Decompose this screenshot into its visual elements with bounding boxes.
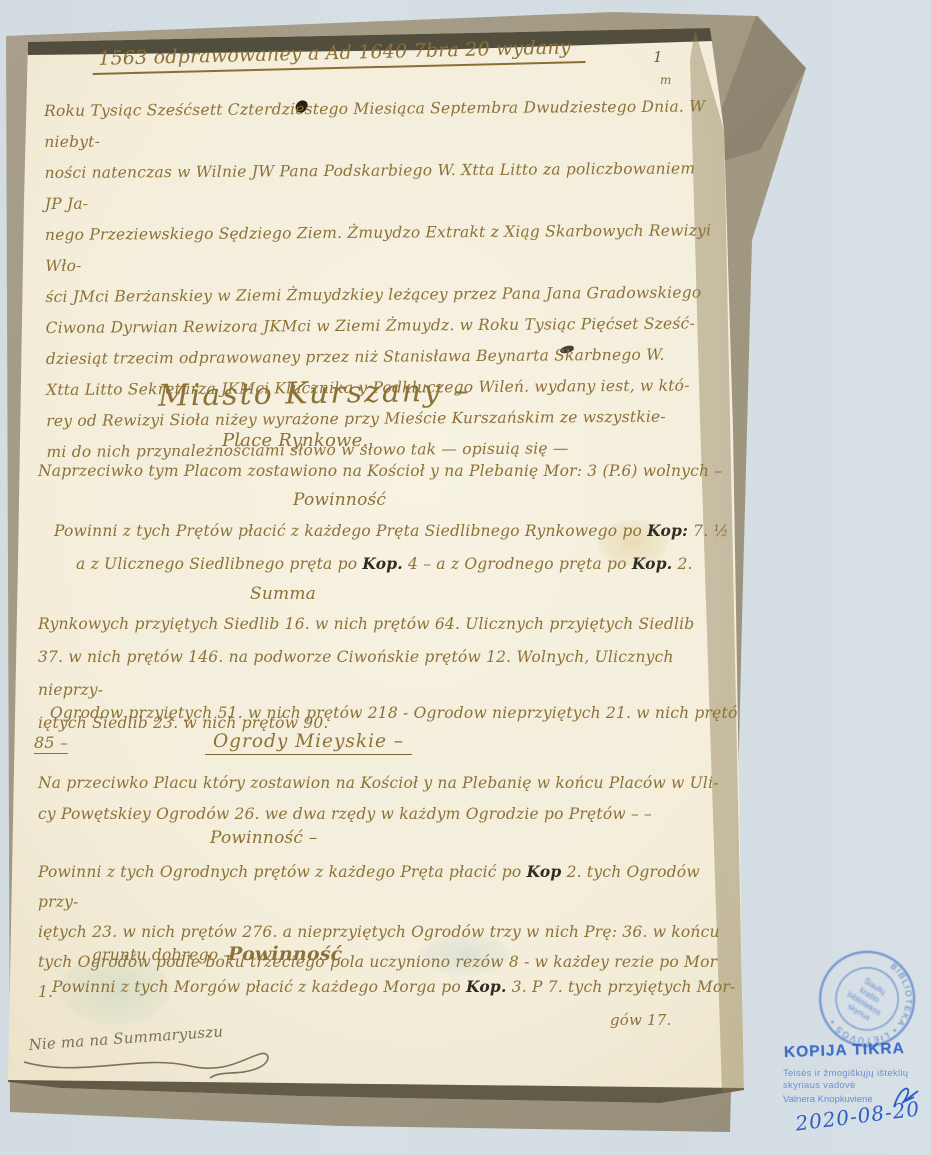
line-segment: 2.: [672, 555, 692, 573]
kop-emphasis: Kop: [527, 862, 562, 881]
paragraph-line: Ogrodow przyiętych 51. w nich prętów 218…: [50, 704, 730, 722]
stamp-ring-textpath: BIBLIOTEKA • LIETUVOS •: [823, 946, 929, 1061]
kop-emphasis: Kop.: [466, 977, 507, 996]
stamp-center-line: skyrius: [846, 1002, 872, 1023]
signature-flourish: [888, 1083, 922, 1113]
line-segment: Powinni z tych Prętów płacić z każdego P…: [54, 522, 647, 540]
kopija-tikra-stamp: KOPIJA TIKRA: [784, 1040, 905, 1062]
paragraph-line: Powinni z tych Ogrodnych prętów z każdeg…: [38, 857, 728, 917]
stamp-signatory-name: Valnera Knopkuvienė: [783, 1094, 873, 1105]
kop-emphasis: Kop.: [362, 554, 403, 573]
scanner-background: 1563 odprawowaney a Ad 1640 7bra 20 wyda…: [0, 0, 931, 1155]
stamp-center-line: bibliotekos: [846, 990, 883, 1018]
manuscript-page: 1563 odprawowaney a Ad 1640 7bra 20 wyda…: [0, 0, 931, 1155]
line-segment: Powinni z tych Morgów płacić z każdego M…: [52, 978, 466, 996]
summa-heading: Summa: [250, 584, 316, 604]
underlined-number: 85 –: [34, 733, 68, 754]
paragraph-line: iętych 23. w nich prętów 276. a nieprzyi…: [38, 917, 728, 947]
ogrody-paragraph: Na przeciwko Placu który zostawion na Ko…: [38, 768, 723, 830]
intro-line: nego Przeziewskiego Sędziego Ziem. Żmuyd…: [45, 215, 717, 282]
intro-paragraph: Roku Tysiąc Sześćsett Czterdziestego Mie…: [44, 91, 719, 468]
powinnosc-heading: Powinność –: [210, 828, 317, 848]
subsection-title-place-rynkowe: Place Rynkowe.: [222, 430, 368, 451]
kop-emphasis: Kop:: [647, 521, 688, 540]
handwritten-date: 2020-08-20: [794, 1096, 921, 1135]
intro-line: ności natenczas w Wilnie JW Pana Podskar…: [44, 153, 716, 220]
paragraph-line: gów 17.: [610, 1011, 672, 1029]
ogrody-mieyskie-heading: Ogrody Mieyskie –: [205, 731, 412, 755]
paragraph-line: Powinni z tych Prętów płacić z każdego P…: [54, 521, 729, 540]
line-segment: 3. P 7. tych przyiętych Mor-: [507, 978, 736, 996]
stamp-center-line: Šiaulių: [862, 976, 888, 997]
header-inscription: 1563 odprawowaney a Ad 1640 7bra 20 wyda…: [92, 36, 585, 75]
line-segment: a z Ulicznego Siedlibnego pręta po: [76, 555, 362, 573]
library-round-stamp: BIBLIOTEKA • LIETUVOS • Šiaulių krašto b…: [767, 915, 931, 1106]
line-segment: 4 – a z Ogrodnego pręta po: [403, 555, 632, 573]
intro-line: ści JMci Berżanskiey w Ziemi Żmuydzkiey …: [45, 277, 717, 313]
stamp-dept-line2: skyriaus vadovė: [783, 1080, 856, 1091]
page-number-mark: m: [660, 73, 672, 87]
stamp-center-line: krašto: [858, 985, 882, 1004]
paragraph-line: cy Powętskiey Ogrodów 26. we dwa rzędy w…: [38, 799, 723, 830]
line-segment: 7. ½: [688, 522, 729, 540]
powinnosc-heading: Powinność: [228, 943, 342, 965]
paragraph-line: Powinni z tych Morgów płacić z każdego M…: [52, 977, 732, 996]
powinnosc-heading: Powinność: [293, 490, 386, 510]
section-title-miasto-kurszany: Miasto Kurszany –: [158, 373, 471, 413]
page-number: 1: [653, 48, 663, 66]
paragraph-line: Naprzeciwko tym Placom zostawiono na Koś…: [38, 462, 728, 480]
kop-emphasis: Kop.: [632, 554, 673, 573]
intro-line: Roku Tysiąc Sześćsett Czterdziestego Mie…: [44, 91, 716, 158]
line-segment: Powinni z tych Ogrodnych prętów z każdeg…: [38, 863, 527, 881]
paragraph-line: Na przeciwko Placu który zostawion na Ko…: [38, 768, 723, 799]
stamp-dept-line1: Teisės ir žmogiškųjų išteklių: [783, 1068, 908, 1079]
stamp-ring-text: BIBLIOTEKA • LIETUVOS •: [823, 946, 929, 1061]
paragraph-line: Rynkowych przyiętych Siedlib 16. w nich …: [38, 608, 718, 641]
paragraph-line: gruntu dobrego –: [92, 946, 231, 964]
paragraph-line: a z Ulicznego Siedlibnego pręta po Kop. …: [76, 554, 693, 573]
paragraph-line: 37. w nich prętów 146. na podworze Ciwoń…: [38, 641, 718, 707]
intro-line: dziesiąt trzecim odprawowaney przez niż …: [46, 339, 718, 375]
intro-line: Ciwona Dyrwian Rewizora JKMci w Ziemi Żm…: [46, 308, 718, 344]
note-flourish: [20, 1048, 280, 1088]
